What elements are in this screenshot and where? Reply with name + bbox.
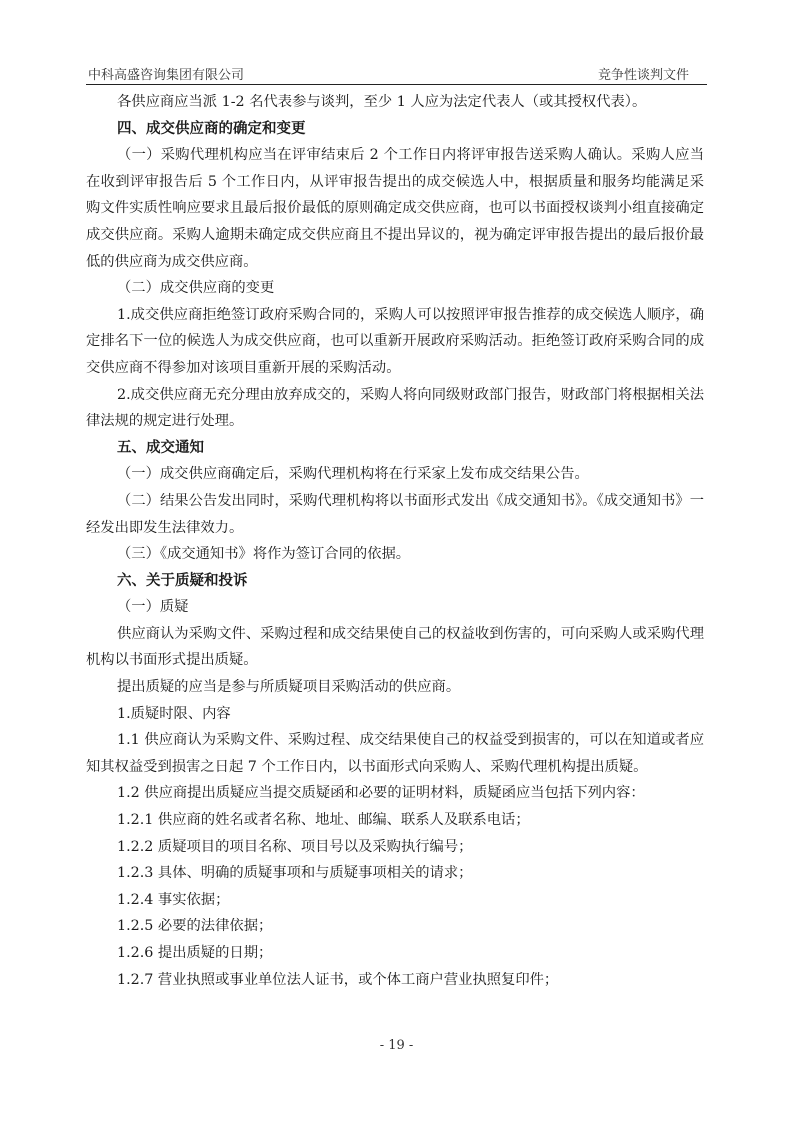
paragraph: （一）成交供应商确定后，采购代理机构将在行采家上发布成交结果公告。: [86, 461, 704, 488]
list-item: 1.2.4 事实依据；: [86, 887, 704, 914]
list-item: 1.2.7 营业执照或事业单位法人证书，或个体工商户营业执照复印件；: [86, 967, 704, 994]
header-company-name: 中科高盛咨询集团有限公司: [88, 64, 244, 83]
section-heading: 五、成交通知: [86, 435, 704, 462]
subsection-heading: （二）成交供应商的变更: [86, 275, 704, 302]
page-number: - 19 -: [0, 1038, 793, 1053]
paragraph: 供应商认为采购文件、采购过程和成交结果使自己的权益收到伤害的，可向采购人或采购代…: [86, 621, 704, 674]
page-header: 中科高盛咨询集团有限公司 竞争性谈判文件: [86, 62, 707, 85]
paragraph: （三）《成交通知书》将作为签订合同的依据。: [86, 541, 704, 568]
header-document-type: 竞争性谈判文件: [598, 64, 689, 83]
list-item: 1.2.2 质疑项目的项目名称、项目号以及采购执行编号；: [86, 834, 704, 861]
list-item: 1.1 供应商认为采购文件、采购过程、成交结果使自己的权益受到损害的，可以在知道…: [86, 727, 704, 780]
document-body: 各供应商应当派 1-2 名代表参与谈判，至少 1 人应为法定代表人（或其授权代表…: [86, 89, 704, 993]
paragraph: 各供应商应当派 1-2 名代表参与谈判，至少 1 人应为法定代表人（或其授权代表…: [86, 89, 704, 116]
list-item: 1.质疑时限、内容: [86, 701, 704, 728]
list-item: 1.2.6 提出质疑的日期；: [86, 940, 704, 967]
paragraph: 提出质疑的应当是参与所质疑项目采购活动的供应商。: [86, 674, 704, 701]
paragraph: 2.成交供应商无充分理由放弃成交的，采购人将向同级财政部门报告，财政部门将根据相…: [86, 382, 704, 435]
list-item: 1.2.3 具体、明确的质疑事项和与质疑事项相关的请求；: [86, 860, 704, 887]
paragraph: 1.成交供应商拒绝签订政府采购合同的，采购人可以按照评审报告推荐的成交候选人顺序…: [86, 302, 704, 382]
list-item: 1.2.5 必要的法律依据；: [86, 913, 704, 940]
list-item: 1.2 供应商提出质疑应当提交质疑函和必要的证明材料，质疑函应当包括下列内容：: [86, 780, 704, 807]
paragraph: （二）结果公告发出同时，采购代理机构将以书面形式发出《成交通知书》。《成交通知书…: [86, 488, 704, 541]
section-heading: 四、成交供应商的确定和变更: [86, 116, 704, 143]
list-item: 1.2.1 供应商的姓名或者名称、地址、邮编、联系人及联系电话；: [86, 807, 704, 834]
section-heading: 六、关于质疑和投诉: [86, 568, 704, 595]
paragraph: （一）采购代理机构应当在评审结束后 2 个工作日内将评审报告送采购人确认。采购人…: [86, 142, 704, 275]
subsection-heading: （一）质疑: [86, 594, 704, 621]
